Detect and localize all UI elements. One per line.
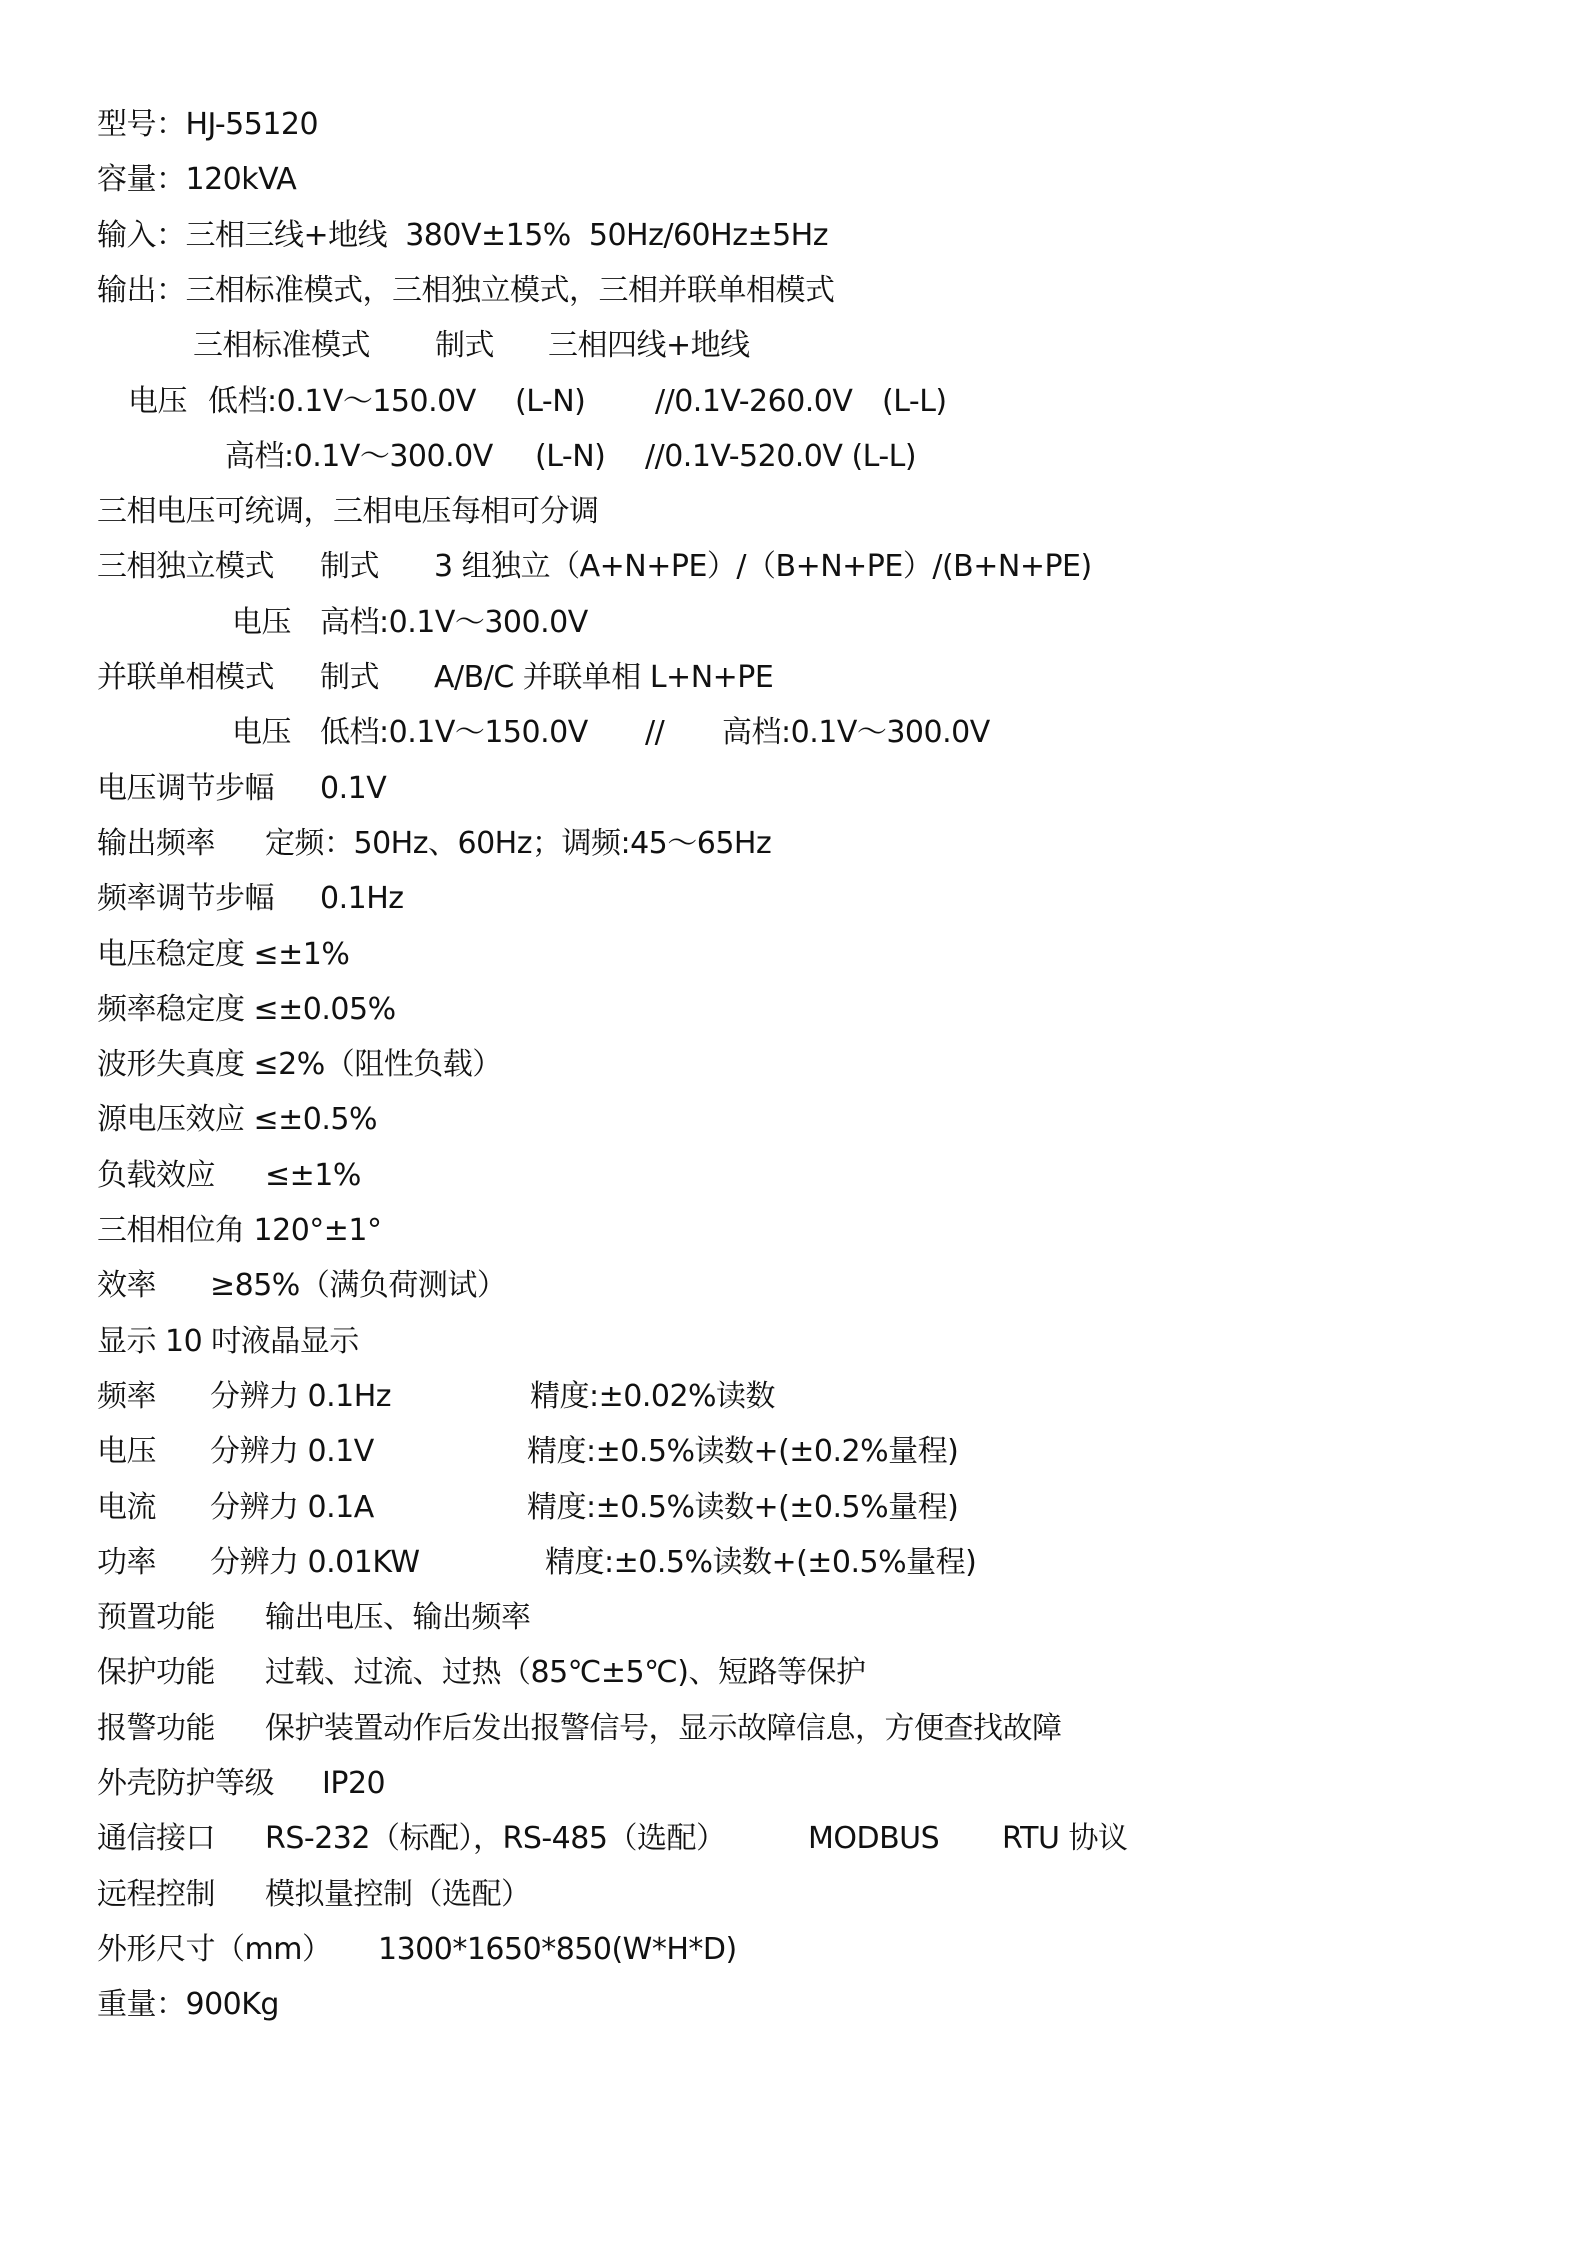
spec-label: 保护功能 [97, 1645, 215, 1700]
spec-label: 电压 [232, 705, 291, 760]
spec-value: 三相四线+地线 [548, 318, 750, 373]
spec-label: 外壳防护等级 [97, 1756, 274, 1811]
spec-label: 电压稳定度 ≤±1% [97, 927, 349, 982]
spec-label: 并联单相模式 [97, 650, 274, 705]
spec-value: RS-232（标配），RS-485（选配） [265, 1811, 725, 1866]
spec-label: 输出：三相标准模式，三相独立模式，三相并联单相模式 [97, 263, 835, 318]
spec-label: 通信接口 [97, 1811, 215, 1866]
spec-label: 效率 [97, 1258, 156, 1313]
spec-label: 输出频率 [97, 816, 215, 871]
spec-value: 高档:0.1V～300.0V [320, 595, 588, 650]
spec-label: 三相独立模式 [97, 539, 274, 594]
spec-label: 电压 [128, 374, 187, 429]
spec-value: ≥85%（满负荷测试） [210, 1258, 506, 1313]
spec-value: 制式 [320, 539, 379, 594]
spec-document: 型号：HJ-55120容量：120kVA输入：三相三线+地线 380V±15% … [0, 0, 1587, 2245]
spec-value: 分辨力 0.1Hz [210, 1369, 391, 1424]
spec-label: 显示 10 吋液晶显示 [97, 1314, 359, 1369]
spec-value: 过载、过流、过热（85℃±5℃)、短路等保护 [265, 1645, 865, 1700]
spec-label: 容量：120kVA [97, 152, 296, 207]
spec-value: 制式 [435, 318, 494, 373]
spec-value: (L-L) [882, 374, 947, 429]
spec-value: 1300*1650*850(W*H*D) [378, 1922, 737, 1977]
spec-value: 精度:±0.5%读数+(±0.2%量程) [527, 1424, 958, 1479]
spec-label: 高档:0.1V～300.0V [225, 429, 493, 484]
spec-label: 负载效应 [97, 1148, 215, 1203]
spec-value: //0.1V-520.0V (L-L) [645, 429, 916, 484]
spec-label: 电流 [97, 1480, 156, 1535]
spec-value: 精度:±0.02%读数 [530, 1369, 775, 1424]
spec-value: 输出电压、输出频率 [265, 1590, 531, 1645]
spec-value: (L-N) [535, 429, 605, 484]
spec-label: 三相标准模式 [193, 318, 370, 373]
spec-label: 电压 [97, 1424, 156, 1479]
spec-label: 三相相位角 120°±1° [97, 1203, 382, 1258]
spec-value: 模拟量控制（选配） [265, 1867, 531, 1922]
spec-value: 0.1Hz [320, 871, 404, 926]
spec-value: 0.1V [320, 761, 386, 816]
spec-value: IP20 [322, 1756, 385, 1811]
spec-label: 电压调节步幅 [97, 761, 274, 816]
spec-label: 预置功能 [97, 1590, 215, 1645]
spec-value: ≤±1% [265, 1148, 361, 1203]
spec-label: 功率 [97, 1535, 156, 1590]
spec-value: 分辨力 0.1V [210, 1424, 374, 1479]
spec-value: 分辨力 0.01KW [210, 1535, 420, 1590]
spec-value: //0.1V-260.0V [655, 374, 852, 429]
spec-label: 频率 [97, 1369, 156, 1424]
spec-value: 3 组独立（A+N+PE）/（B+N+PE）/(B+N+PE) [434, 539, 1092, 594]
spec-value: 精度:±0.5%读数+(±0.5%量程) [527, 1480, 958, 1535]
spec-value: 保护装置动作后发出报警信号，显示故障信息，方便查找故障 [265, 1701, 1062, 1756]
spec-value: // [645, 705, 664, 760]
spec-label: 报警功能 [97, 1701, 215, 1756]
spec-value: 低档:0.1V～150.0V [208, 374, 476, 429]
spec-value: 精度:±0.5%读数+(±0.5%量程) [545, 1535, 976, 1590]
spec-value: 定频：50Hz、60Hz；调频:45～65Hz [265, 816, 771, 871]
spec-value: 高档:0.1V～300.0V [722, 705, 990, 760]
spec-label: 电压 [232, 595, 291, 650]
spec-label: 源电压效应 ≤±0.5% [97, 1092, 377, 1147]
spec-label: 三相电压可统调，三相电压每相可分调 [97, 484, 599, 539]
spec-label: 远程控制 [97, 1867, 215, 1922]
spec-label: 波形失真度 ≤2%（阻性负载） [97, 1037, 502, 1092]
spec-value: 分辨力 0.1A [210, 1480, 374, 1535]
spec-value: A/B/C 并联单相 L+N+PE [434, 650, 773, 705]
spec-value: 制式 [320, 650, 379, 705]
spec-label: 输入：三相三线+地线 380V±15% 50Hz/60Hz±5Hz [97, 208, 828, 263]
spec-label: 外形尺寸（mm） [97, 1922, 331, 1977]
spec-value: RTU 协议 [1002, 1811, 1127, 1866]
spec-label: 型号：HJ-55120 [97, 97, 318, 152]
spec-value: MODBUS [808, 1811, 939, 1866]
spec-label: 重量：900Kg [97, 1977, 279, 2032]
spec-value: (L-N) [515, 374, 585, 429]
spec-label: 频率稳定度 ≤±0.05% [97, 982, 396, 1037]
spec-value: 低档:0.1V～150.0V [320, 705, 588, 760]
spec-label: 频率调节步幅 [97, 871, 274, 926]
